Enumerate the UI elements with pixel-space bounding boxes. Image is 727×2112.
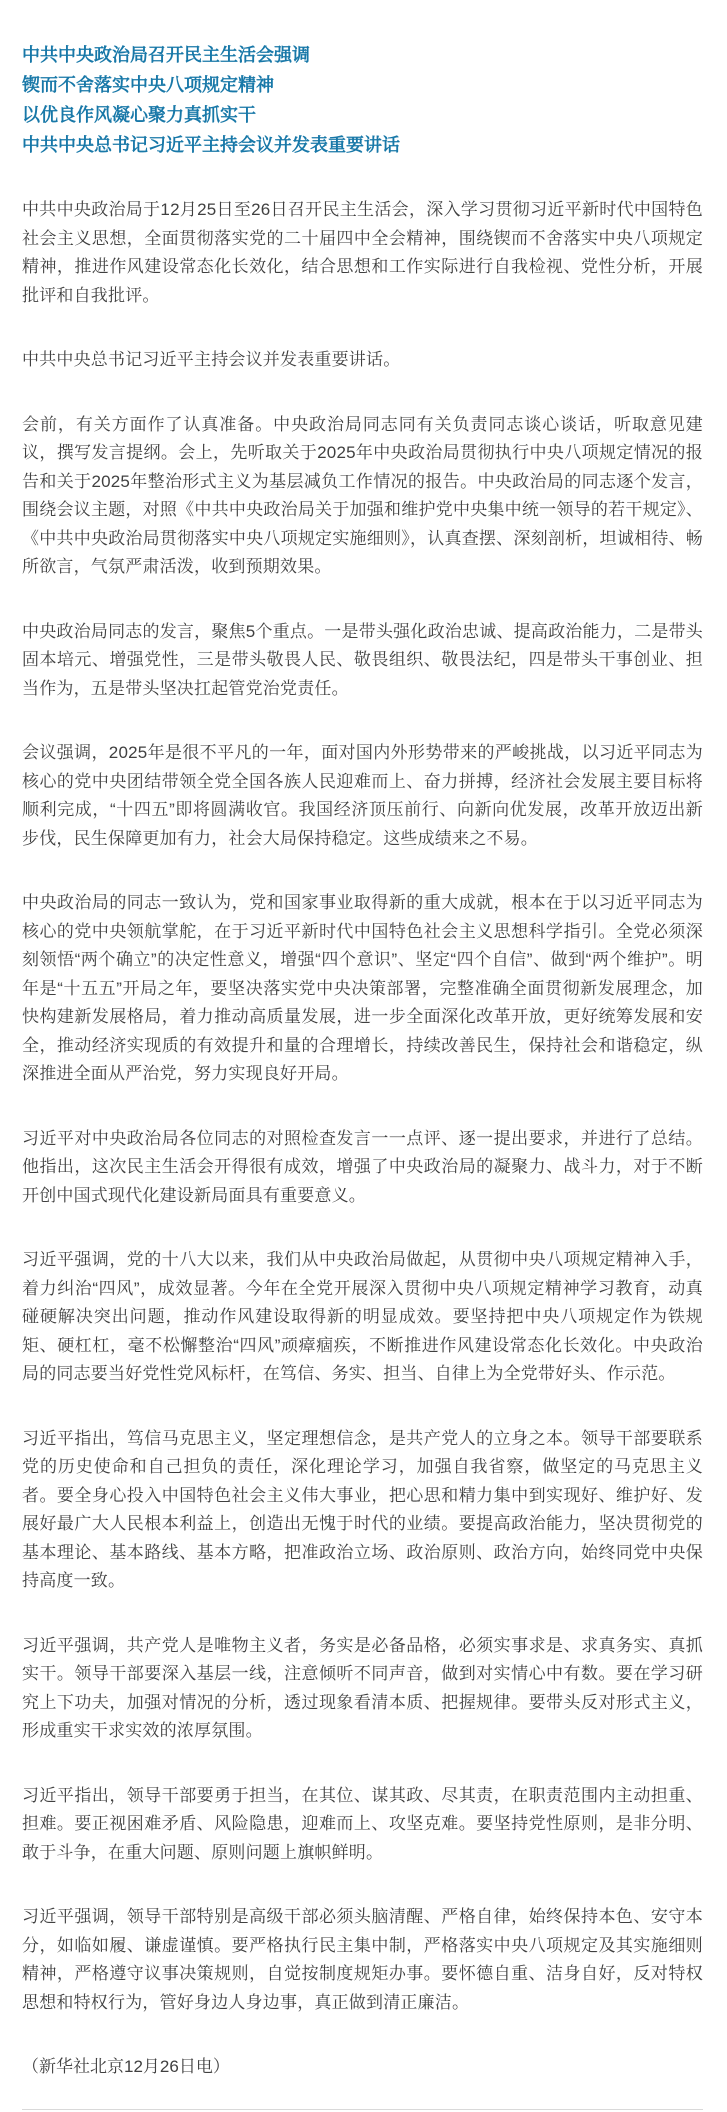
headline-line: 中共中央总书记习近平主持会议并发表重要讲话: [22, 130, 703, 160]
article-paragraph: 中共中央政治局于12月25日至26日召开民主生活会，深入学习贯彻习近平新时代中国…: [22, 196, 703, 310]
bottom-divider: [22, 2109, 703, 2110]
headline-line: 以优良作风凝心聚力真抓实干: [22, 100, 703, 130]
headline-line: 中共中央政治局召开民主生活会强调: [22, 40, 703, 70]
article-paragraph: 习近平指出，领导干部要勇于担当，在其位、谋其政、尽其责，在职责范围内主动担重、担…: [22, 1782, 703, 1868]
article-paragraph: 习近平对中央政治局各位同志的对照检查发言一一点评、逐一提出要求，并进行了总结。他…: [22, 1125, 703, 1211]
article-paragraph: 会议强调，2025年是很不平凡的一年，面对国内外形势带来的严峻挑战，以习近平同志…: [22, 739, 703, 853]
article-page: 中共中央政治局召开民主生活会强调 锲而不舍落实中央八项规定精神 以优良作风凝心聚…: [0, 0, 727, 2112]
article-paragraph: 习近平强调，党的十八大以来，我们从中央政治局做起，从贯彻中央八项规定精神入手，着…: [22, 1246, 703, 1389]
article-paragraph: 习近平指出，笃信马克思主义，坚定理想信念，是共产党人的立身之本。领导干部要联系党…: [22, 1425, 703, 1596]
headline-line: 锲而不舍落实中央八项规定精神: [22, 70, 703, 100]
article-paragraph: 会前，有关方面作了认真准备。中央政治局同志同有关负责同志谈心谈话，听取意见建议，…: [22, 411, 703, 582]
headline: 中共中央政治局召开民主生活会强调 锲而不舍落实中央八项规定精神 以优良作风凝心聚…: [22, 40, 703, 160]
article-paragraph: 中央政治局同志的发言，聚焦5个重点。一是带头强化政治忠诚、提高政治能力，二是带头…: [22, 618, 703, 704]
article-paragraph: 习近平强调，领导干部特别是高级干部必须头脑清醒、严格自律，始终保持本色、安守本分…: [22, 1903, 703, 2017]
article-body: 中共中央政治局于12月25日至26日召开民主生活会，深入学习贯彻习近平新时代中国…: [22, 196, 703, 2053]
article-paragraph: 中共中央总书记习近平主持会议并发表重要讲话。: [22, 346, 703, 375]
article-paragraph: 中央政治局的同志一致认为，党和国家事业取得新的重大成就，根本在于以习近平同志为核…: [22, 889, 703, 1089]
dateline: （新华社北京12月26日电）: [22, 2053, 703, 2082]
article-paragraph: 习近平强调，共产党人是唯物主义者，务实是必备品格，必须实事求是、求真务实、真抓实…: [22, 1632, 703, 1746]
